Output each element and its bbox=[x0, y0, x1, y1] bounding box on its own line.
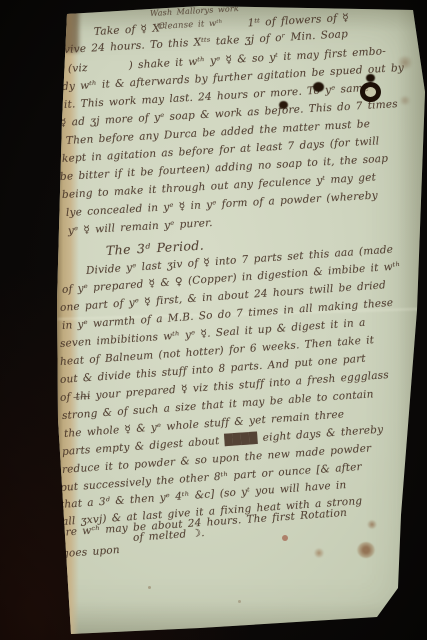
manuscript-photo: Wash Mallorys work Cleanse it wᵗʰ Take o… bbox=[0, 0, 427, 640]
ink-smudge bbox=[396, 56, 414, 69]
brown-stain bbox=[314, 548, 324, 558]
ink-blot bbox=[279, 101, 288, 109]
ink-blot bbox=[313, 82, 324, 92]
foxing-speck bbox=[238, 600, 241, 603]
brown-stain bbox=[357, 542, 375, 558]
brown-stain bbox=[367, 520, 377, 529]
brown-stain bbox=[282, 535, 288, 541]
manuscript-page: Wash Mallorys work Cleanse it wᵗʰ Take o… bbox=[0, 0, 427, 640]
ink-blot bbox=[366, 74, 375, 82]
brown-stain bbox=[399, 96, 411, 105]
foxing-speck bbox=[148, 586, 151, 589]
ink-blot-ring bbox=[360, 82, 381, 102]
